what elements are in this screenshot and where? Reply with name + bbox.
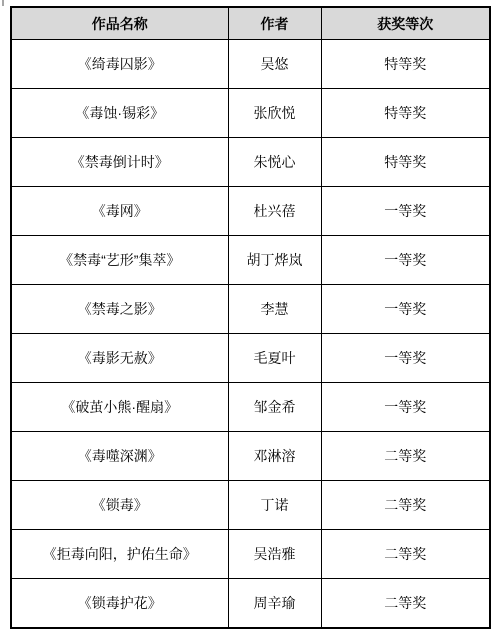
work-title-cell: 《锁毒护花》 bbox=[11, 579, 228, 629]
table-row: 《禁毒之影》 李慧 一等奖 bbox=[11, 285, 490, 334]
award-cell: 特等奖 bbox=[321, 40, 490, 89]
author-cell: 周辛瑜 bbox=[228, 579, 321, 629]
award-cell: 二等奖 bbox=[321, 579, 490, 629]
work-title-cell: 《禁毒“艺形”集萃》 bbox=[11, 236, 228, 285]
work-title-cell: 《毒网》 bbox=[11, 187, 228, 236]
author-cell: 吴浩雅 bbox=[228, 530, 321, 579]
table-row: 《绮毒囚影》 吴悠 特等奖 bbox=[11, 40, 490, 89]
work-title-cell: 《拒毒向阳，护佑生命》 bbox=[11, 530, 228, 579]
author-cell: 毛夏叶 bbox=[228, 334, 321, 383]
table-row: 《毒网》 杜兴蓓 一等奖 bbox=[11, 187, 490, 236]
table-row: 《毒影无赦》 毛夏叶 一等奖 bbox=[11, 334, 490, 383]
work-title-cell: 《毒蚀·锡彩》 bbox=[11, 89, 228, 138]
author-cell: 邓淋溶 bbox=[228, 432, 321, 481]
award-cell: 特等奖 bbox=[321, 89, 490, 138]
award-cell: 一等奖 bbox=[321, 236, 490, 285]
table-row: 《锁毒护花》 周辛瑜 二等奖 bbox=[11, 579, 490, 629]
table-row: 《毒蚀·锡彩》 张欣悦 特等奖 bbox=[11, 89, 490, 138]
award-cell: 特等奖 bbox=[321, 138, 490, 187]
work-title-cell: 《禁毒之影》 bbox=[11, 285, 228, 334]
author-cell: 李慧 bbox=[228, 285, 321, 334]
author-cell: 朱悦心 bbox=[228, 138, 321, 187]
work-title-cell: 《毒噬深渊》 bbox=[11, 432, 228, 481]
author-cell: 丁诺 bbox=[228, 481, 321, 530]
table-row: 《锁毒》 丁诺 二等奖 bbox=[11, 481, 490, 530]
award-cell: 二等奖 bbox=[321, 432, 490, 481]
author-cell: 邹金希 bbox=[228, 383, 321, 432]
column-header-author: 作者 bbox=[228, 7, 321, 40]
text-cursor bbox=[2, 0, 4, 6]
author-cell: 杜兴蓓 bbox=[228, 187, 321, 236]
table-header-row: 作品名称 作者 获奖等次 bbox=[11, 7, 490, 40]
work-title-cell: 《绮毒囚影》 bbox=[11, 40, 228, 89]
award-cell: 一等奖 bbox=[321, 334, 490, 383]
column-header-award: 获奖等次 bbox=[321, 7, 490, 40]
author-cell: 张欣悦 bbox=[228, 89, 321, 138]
table-row: 《破茧小熊·醒扇》 邹金希 一等奖 bbox=[11, 383, 490, 432]
work-title-cell: 《毒影无赦》 bbox=[11, 334, 228, 383]
table-row: 《禁毒倒计时》 朱悦心 特等奖 bbox=[11, 138, 490, 187]
document-page: 作品名称 作者 获奖等次 《绮毒囚影》 吴悠 特等奖 《毒蚀·锡彩》 张欣悦 特… bbox=[0, 0, 499, 632]
work-title-cell: 《破茧小熊·醒扇》 bbox=[11, 383, 228, 432]
column-header-work-title: 作品名称 bbox=[11, 7, 228, 40]
table-row: 《毒噬深渊》 邓淋溶 二等奖 bbox=[11, 432, 490, 481]
work-title-cell: 《锁毒》 bbox=[11, 481, 228, 530]
table-row: 《禁毒“艺形”集萃》 胡丁烨岚 一等奖 bbox=[11, 236, 490, 285]
award-cell: 二等奖 bbox=[321, 530, 490, 579]
author-cell: 胡丁烨岚 bbox=[228, 236, 321, 285]
award-cell: 一等奖 bbox=[321, 285, 490, 334]
award-cell: 一等奖 bbox=[321, 383, 490, 432]
award-cell: 一等奖 bbox=[321, 187, 490, 236]
author-cell: 吴悠 bbox=[228, 40, 321, 89]
work-title-cell: 《禁毒倒计时》 bbox=[11, 138, 228, 187]
award-table: 作品名称 作者 获奖等次 《绮毒囚影》 吴悠 特等奖 《毒蚀·锡彩》 张欣悦 特… bbox=[10, 6, 491, 629]
table-row: 《拒毒向阳，护佑生命》 吴浩雅 二等奖 bbox=[11, 530, 490, 579]
award-cell: 二等奖 bbox=[321, 481, 490, 530]
